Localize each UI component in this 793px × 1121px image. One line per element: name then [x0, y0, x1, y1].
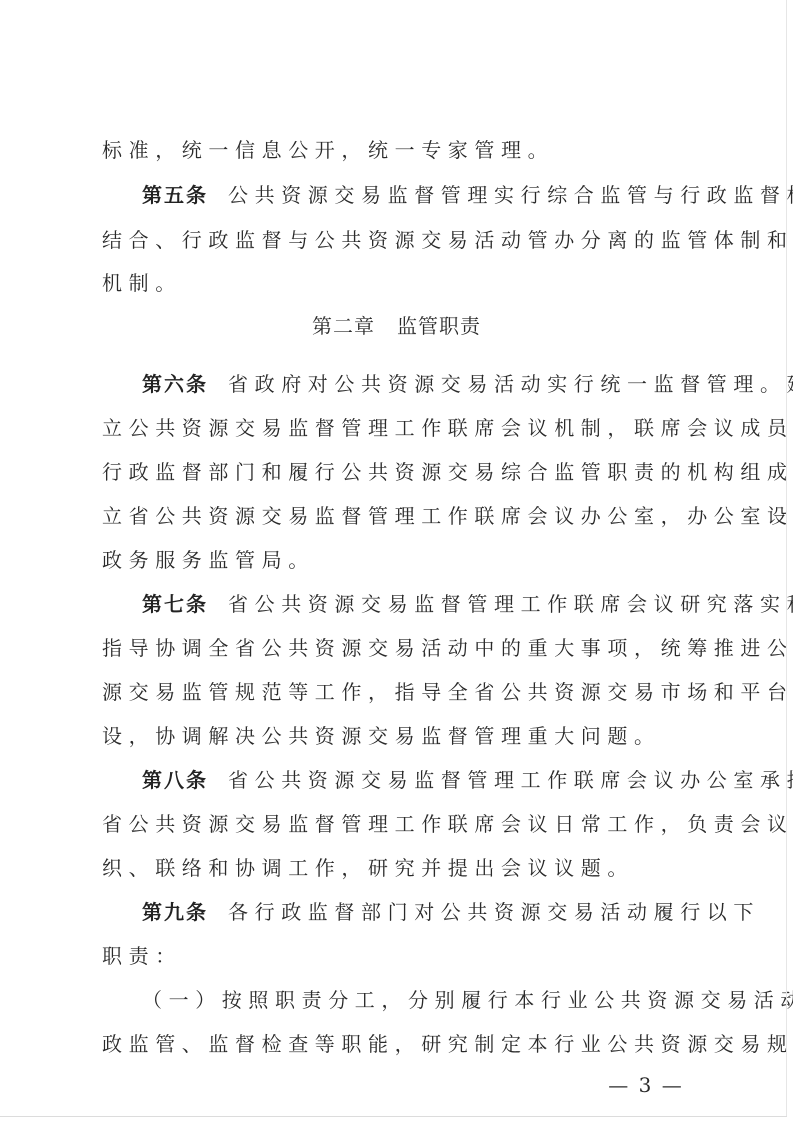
text-span: 公共资源交易监督管理实行综合监管与行政监督相 [228, 183, 793, 207]
text-line: 政监管、监督检查等职能，研究制定本行业公共资源交易规则； [102, 1029, 696, 1059]
list-item-1-line-1: （一）按照职责分工，分别履行本行业公共资源交易活动行 [142, 985, 696, 1015]
article-8-line-1: 第八条省公共资源交易监督管理工作联席会议办公室承担 [142, 765, 696, 795]
text-span: 省政府对公共资源交易活动实行统一监督管理。建 [228, 372, 793, 396]
text-span: 省公共资源交易监督管理工作联席会议办公室承担 [228, 768, 793, 792]
page-edge-right [786, 0, 787, 1117]
text-line: 指导协调全省公共资源交易活动中的重大事项，统筹推进公共资 [102, 633, 696, 663]
chapter-title: 第二章监管职责 [0, 311, 793, 341]
article-6-line-1: 第六条省政府对公共资源交易活动实行统一监督管理。建 [142, 369, 696, 399]
article-heading: 第五条 [142, 183, 208, 207]
text-line: 政务服务监管局。 [102, 545, 696, 575]
article-heading: 第八条 [142, 768, 208, 792]
text-line: 结合、行政监督与公共资源交易活动管办分离的监管体制和运行 [102, 225, 696, 255]
article-heading: 第九条 [142, 900, 208, 924]
article-9-line-1: 第九条各行政监督部门对公共资源交易活动履行以下 [142, 897, 696, 927]
text-line: 省公共资源交易监督管理工作联席会议日常工作，负责会议组 [102, 809, 696, 839]
page-number: — 3 — [596, 1072, 696, 1098]
text-line: 织、联络和协调工作，研究并提出会议议题。 [102, 853, 696, 883]
text-span: 省公共资源交易监督管理工作联席会议研究落实和 [228, 592, 793, 616]
text-span: 各行政监督部门对公共资源交易活动履行以下 [228, 900, 760, 924]
document-page: 标准，统一信息公开，统一专家管理。 第五条公共资源交易监督管理实行综合监管与行政… [0, 0, 793, 1121]
article-7-line-1: 第七条省公共资源交易监督管理工作联席会议研究落实和 [142, 589, 696, 619]
text-line: 设，协调解决公共资源交易监督管理重大问题。 [102, 721, 696, 751]
article-5-line-1: 第五条公共资源交易监督管理实行综合监管与行政监督相 [142, 180, 696, 210]
page-edge-bottom [0, 1116, 787, 1117]
article-heading: 第七条 [142, 592, 208, 616]
text-line: 源交易监管规范等工作，指导全省公共资源交易市场和平台建 [102, 677, 696, 707]
text-line: 机制。 [102, 268, 696, 298]
text-line: 职责： [102, 941, 696, 971]
article-heading: 第六条 [142, 372, 208, 396]
text-line: 立省公共资源交易监督管理工作联席会议办公室，办公室设在省 [102, 501, 696, 531]
chapter-number: 第二章 [312, 314, 375, 338]
text-line: 行政监督部门和履行公共资源交易综合监管职责的机构组成，设 [102, 457, 696, 487]
text-line: 立公共资源交易监督管理工作联席会议机制，联席会议成员由各 [102, 413, 696, 443]
text-line: 标准，统一信息公开，统一专家管理。 [102, 135, 696, 165]
chapter-name: 监管职责 [397, 314, 481, 338]
